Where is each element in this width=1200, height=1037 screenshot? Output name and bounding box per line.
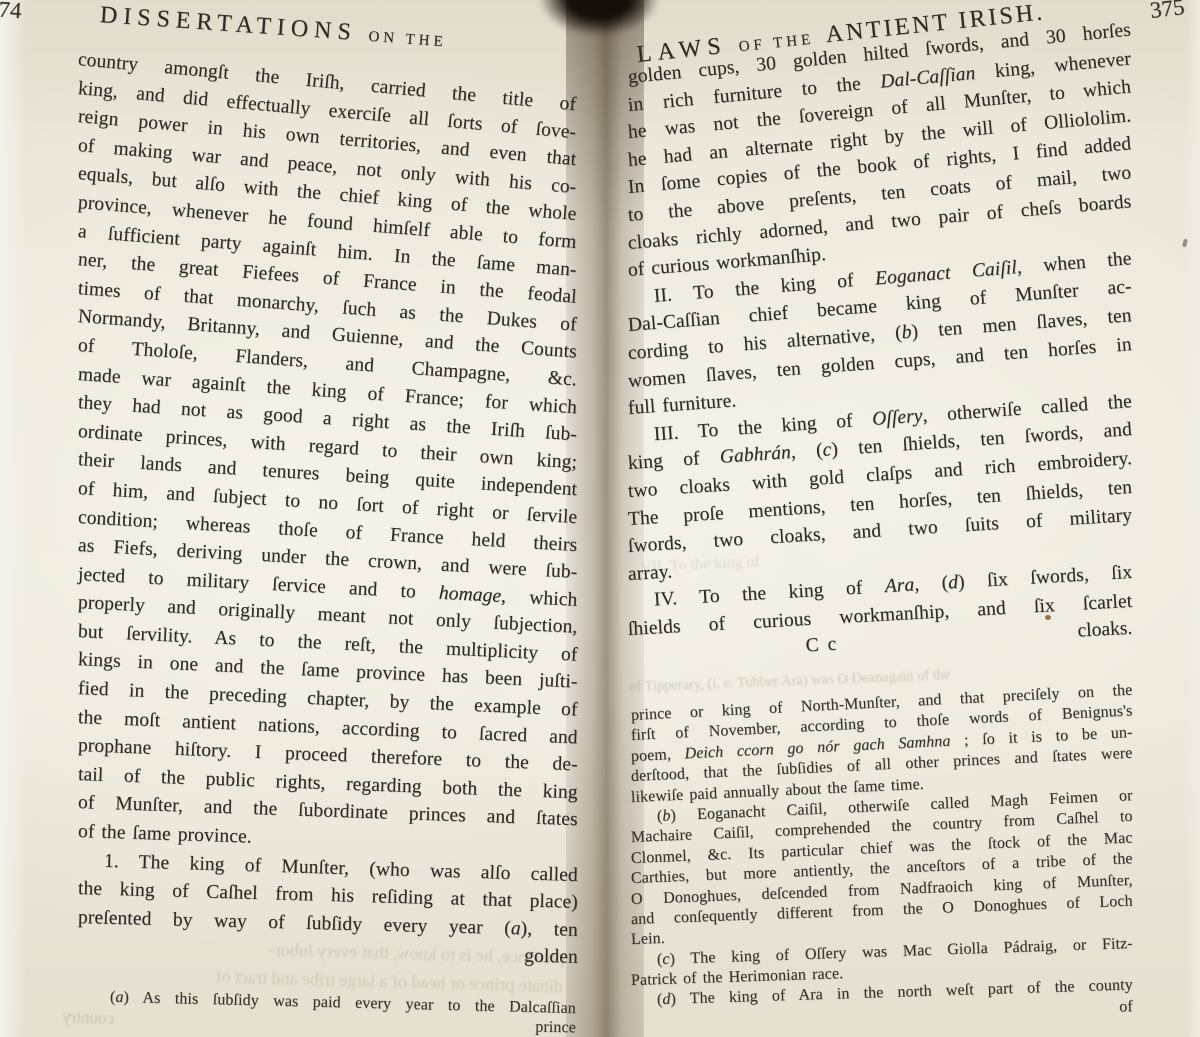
italic-text: homage	[438, 582, 501, 606]
book-photo: province, he is to know, that every ſubo…	[0, 0, 1200, 1037]
catchword: cloaks.	[1077, 618, 1133, 643]
right-page-footnote: prince or king of North-Munſter, and tha…	[631, 706, 1133, 1032]
right-page-body: golden cups, 30 golden hilted ſwords, an…	[628, 64, 1133, 643]
text-segment: , which	[501, 586, 578, 611]
page-number-right: 375	[1149, 0, 1186, 24]
text-segment: array.	[627, 561, 672, 585]
italic-text: a	[511, 918, 521, 939]
text-segment: of	[1119, 998, 1133, 1015]
italic-text: Oſſery	[871, 405, 923, 429]
page-edge-highlight-right	[1186, 0, 1200, 1037]
text-segment: full furniture.	[627, 390, 737, 419]
text-segment: king of	[627, 447, 720, 474]
left-page-body: country amongſt the Iriſh, carried the t…	[78, 46, 578, 961]
page-number-left: 374	[0, 0, 22, 24]
text-segment: Lein.	[631, 930, 665, 948]
text-segment: ), ten	[520, 918, 578, 940]
signature-mark: C c	[805, 634, 839, 658]
left-page-footnote: (a) As this ſubſidy was paid every year …	[84, 986, 576, 1028]
italic-text: Gabhrán	[719, 442, 791, 468]
spine-shadow	[540, 0, 658, 36]
italic-text: Ara	[884, 575, 915, 598]
paper-speck	[1045, 615, 1051, 620]
running-title-main: DISSERTATIONS	[99, 2, 358, 46]
text-segment: , (	[790, 440, 823, 463]
text-segment: of the ſame province.	[78, 821, 252, 848]
text-segment: golden	[524, 946, 578, 968]
text-segment: poem,	[631, 745, 685, 765]
text-segment: prince	[535, 1018, 576, 1036]
text-segment: , (	[914, 573, 949, 596]
page-edge-highlight-left	[0, 0, 26, 1037]
